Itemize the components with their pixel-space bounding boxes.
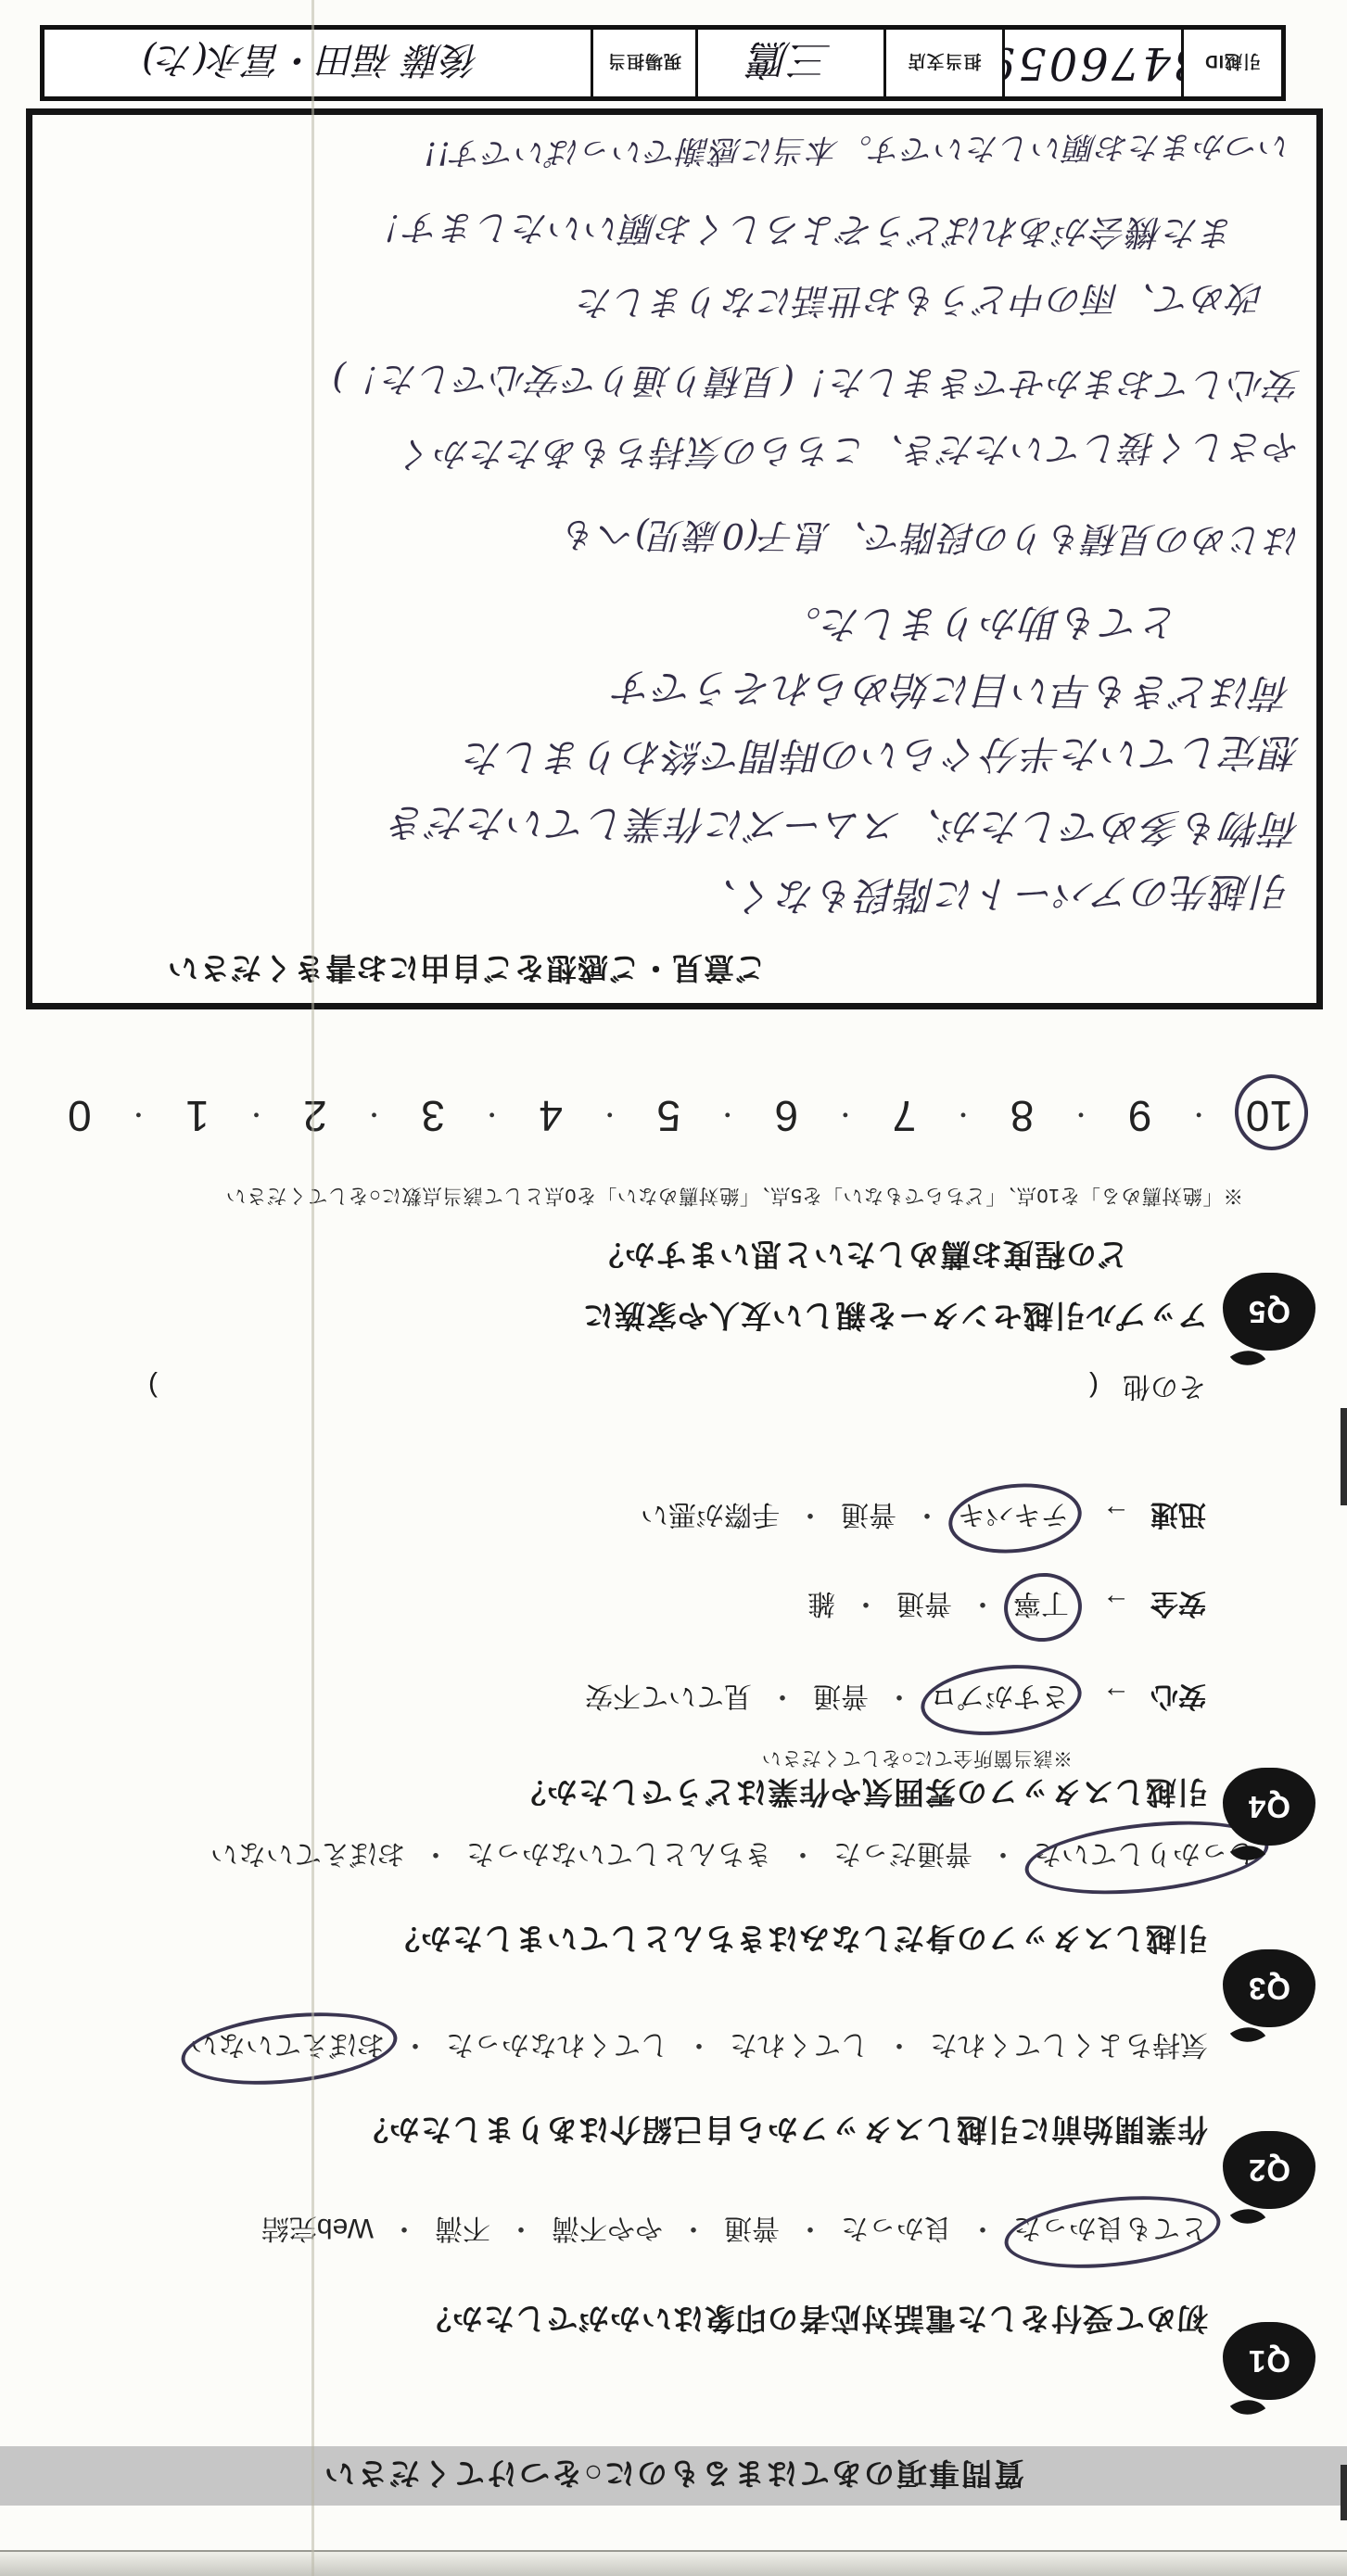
scan-crease [311,0,314,2576]
option-separator: ・ [769,1681,796,1711]
scanned-survey-page: 質問事項のあてはまるものに○をつけてください Q1 初めて受付をした電話対応者の… [0,0,1347,2576]
branch-value: 三鷹 [698,30,886,96]
q5-title-line2: どの程度お薦めしたいと思いますか？ [592,1235,1128,1278]
q1-badge-label: Q1 [1223,2322,1315,2400]
option-item: やや不満 [550,2209,665,2253]
arrow-right-glyph: → [1102,1588,1130,1618]
scale-value: 7 [893,1091,917,1141]
q4-row-anzen: 安全→丁寧・普通・雑 [806,1584,1206,1629]
option-item: 普通 [895,1584,954,1629]
option-item: きちんとしていなかった [464,1834,774,1879]
instruction-banner-text: 質問事項のあてはまるものに○をつけてください [323,2455,1024,2498]
close-paren: ) [148,1371,158,1402]
option-item: 手際が悪い [639,1495,782,1540]
scale-value: 4 [539,1091,563,1141]
option-separator: ・ [969,2213,997,2243]
option-item: 気持ちよくしてくれた [928,2025,1210,2070]
option-separator: ・ [789,1838,817,1869]
arrow-right-glyph: → [1102,1681,1130,1711]
arrow-right-glyph: → [1102,1499,1130,1529]
scale-separator: ・ [480,1099,504,1134]
q4-row-anshin: 安心→さすがプロ・普通・見ていて不安 [583,1677,1206,1721]
instruction-banner: 質問事項のあてはまるものに○をつけてください [0,2446,1347,2506]
scan-artifact [1341,1408,1347,1505]
option-item: してくれた [728,2025,870,2070]
q3-badge-icon: Q3 [1223,1949,1315,2027]
option-item: 良かった [839,2209,954,2253]
site-staff-value: 後藤 福田・冨永(た) [44,30,593,96]
handwritten-line: いつかまたお願いしたいです。本当に感謝でいっぱいです!! [423,126,1291,179]
moving-id-label: 引越ID [1184,30,1281,96]
q3-badge-label: Q3 [1223,1949,1315,2027]
q5-note: ※「絶対薦める」を10点、「どちらでもない」を5点、「絶対薦めない」を0点として… [225,1183,1243,1212]
scale-separator: ・ [126,1099,150,1134]
q4-row-anzen-options: 丁寧・普通・雑 [806,1588,1071,1618]
scale-separator: ・ [1069,1099,1093,1134]
q4-row-anzen-label: 安全 [1150,1588,1206,1618]
handwritten-line: 引越先のアパートに階段もなく、 [697,866,1291,928]
q4-row-jinsoku: 迅速→テキパキ・普通・手際が悪い [639,1495,1206,1540]
scale-value: 1 [185,1091,210,1141]
comment-box: ご意見・ご感想をご自由にお書きください 引越先のアパートに階段もなく、 荷物も多… [26,108,1323,1009]
handwritten-line: とても助かりました。 [782,596,1180,654]
q2-badge-icon: Q2 [1223,2131,1315,2209]
handwritten-line: 安心しておまかせできました！(見積り通りで安心でした！) [331,356,1301,413]
handwritten-line: 想定していた半分ぐらいの時間で終わりました [464,727,1301,788]
site-staff-label: 現場担当 [593,30,698,96]
option-circled: 丁寧 [1011,1584,1071,1629]
option-circled: とても良かった [1011,2209,1210,2253]
option-separator: ・ [796,1499,824,1529]
handwritten-line: はじめの見積もりの段階で、息子(0歳児)へも [562,513,1302,570]
option-circled: テキパキ [956,1495,1071,1540]
q2-title: 作業開始前に引越しスタッフから自己紹介はありましたか？ [357,2110,1208,2153]
q4-row-jinsoku-options: テキパキ・普通・手際が悪い [639,1499,1071,1529]
page-edge-shadow [0,2550,1347,2576]
option-item: 普通だった [832,1834,974,1879]
scale-value: 8 [1010,1091,1035,1141]
handwritten-line: 荷ほどきも早い目に始められそうです [614,662,1292,723]
q1-badge-icon: Q1 [1223,2322,1315,2400]
handwritten-line: やさしく接していただき、こちらの気持ちもあたたかく [398,425,1301,483]
scale-separator: ・ [951,1099,975,1134]
q4-badge-label: Q4 [1223,1768,1315,1846]
survey-form-rotated-180: 質問事項のあてはまるものに○をつけてください Q1 初めて受付をした電話対応者の… [0,0,1347,2576]
scale-separator: ・ [1187,1099,1211,1134]
scale-value: 5 [656,1091,680,1141]
q4-other-row: その他() [148,1369,1206,1410]
q1-options: とても良かった・良かった・普通・やや不満・不満・Web完結 [260,2209,1210,2253]
comment-box-title: ご意見・ご感想をご自由にお書きください [167,948,766,992]
option-separator: ・ [390,2213,418,2243]
scale-separator: ・ [362,1099,387,1134]
option-circled: さすがプロ [928,1677,1071,1721]
option-item: してくれなかった [444,2025,670,2070]
q3-title: 引越しスタッフの身だしなみはきちんとしていましたか？ [388,1919,1208,1962]
scan-artifact [1341,2465,1347,2520]
scale-value-circled: 10 [1246,1091,1293,1141]
option-separator: ・ [852,1588,880,1618]
scale-value: 9 [1128,1091,1152,1141]
q4-row-anshin-options: さすがプロ・普通・見ていて不安 [583,1681,1071,1711]
option-separator: ・ [913,1499,941,1529]
q5-badge-icon: Q5 [1223,1273,1315,1351]
handwritten-line: また機会があればどうぞよろしくお願いいたします！ [368,205,1236,262]
scale-value: 6 [775,1091,799,1141]
moving-id-value: 3476059 [1005,30,1184,96]
option-circled: おぼえていない [188,2025,387,2070]
option-item: 不満 [433,2209,492,2253]
option-separator: ・ [885,1681,913,1711]
option-item: 普通 [722,2209,782,2253]
q2-badge-label: Q2 [1223,2131,1315,2209]
option-separator: ・ [796,2213,824,2243]
scale-separator: ・ [716,1099,740,1134]
q4-note: ※該当箇所全てに○をしてください [761,1745,1073,1773]
option-item: 雑 [806,1584,837,1629]
option-item: Web完結 [260,2209,375,2253]
option-item: 普通 [811,1677,870,1721]
scale-value: 0 [68,1091,92,1141]
q3-options: しっかりしていた・普通だった・きちんとしていなかった・おぼえていない [209,1834,1258,1879]
q5-badge-label: Q5 [1223,1273,1315,1351]
q2-options: 気持ちよくしてくれた・してくれた・してくれなかった・おぼえていない [188,2025,1210,2070]
option-item: おぼえていない [209,1834,407,1879]
scale-separator: ・ [598,1099,622,1134]
option-separator: ・ [989,1838,1017,1869]
open-paren: ( [1089,1371,1099,1402]
q4-title: 引越しスタッフの雰囲気や作業はどうでしたか？ [515,1772,1208,1816]
handwritten-line: 荷物も多めでしたが、スムーズに作業していただき [388,797,1301,859]
option-separator: ・ [685,2029,713,2060]
moving-id-table: 引越ID 3476059 担当支店 三鷹 現場担当 後藤 福田・冨永(た) [40,25,1286,101]
scale-separator: ・ [833,1099,858,1134]
q1-title: 初めて受付をした電話対応者の印象はいかがでしたか？ [420,2299,1208,2342]
q4-row-jinsoku-label: 迅速 [1150,1499,1206,1529]
scale-separator: ・ [244,1099,268,1134]
nps-scale: 10・9・8・7・6・5・4・3・2・1・0 [68,1091,1293,1141]
option-separator: ・ [885,2029,913,2060]
q4-row-anshin-label: 安心 [1150,1681,1206,1711]
option-item: 見ていて不安 [583,1677,754,1721]
option-separator: ・ [401,2029,429,2060]
option-separator: ・ [507,2213,535,2243]
handwritten-line: 改めて、雨の中どうもお世話になりました [578,275,1264,331]
option-separator: ・ [680,2213,707,2243]
q5-title-line1: アップル引越センターを親しい友人や家族に [582,1296,1208,1339]
branch-label: 担当支店 [886,30,1005,96]
scale-value: 2 [303,1091,327,1141]
option-item: 普通 [839,1495,898,1540]
q4-badge-icon: Q4 [1223,1768,1315,1846]
option-separator: ・ [422,1838,450,1869]
option-separator: ・ [969,1588,997,1618]
scale-value: 3 [421,1091,445,1141]
q4-other-label: その他 [1123,1371,1206,1402]
